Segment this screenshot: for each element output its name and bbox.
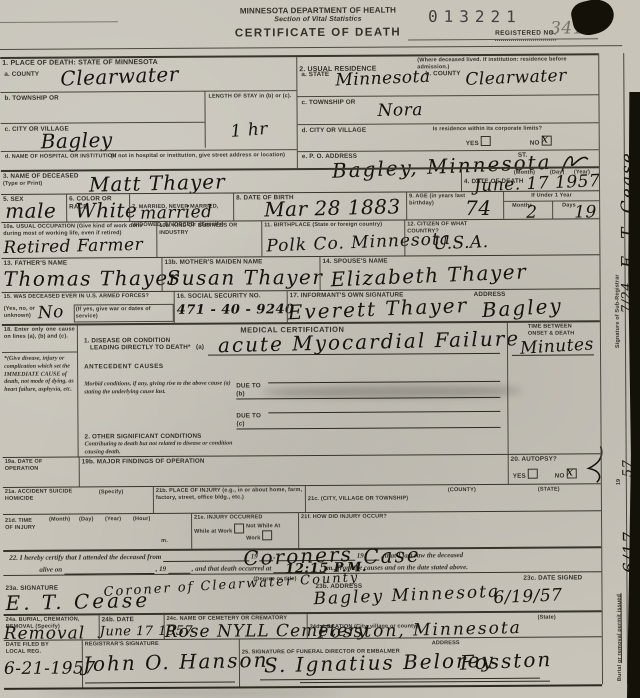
marital-cell: 7. MARRIED, NEVER MARRIED, WIDOWED, DIVO… (129, 194, 233, 222)
birthplace-label: 11. BIRTHPLACE (State or foreign country… (264, 221, 402, 229)
date-filed-cell: DATE FILED BY LOCAL REG. 6-21-1957 (4, 640, 82, 687)
injury-m-suffix: m. (161, 538, 168, 545)
file-number-stamp: 013221 (428, 7, 522, 26)
signature-value: E. T. Cease (5, 590, 150, 613)
limits-no-label: NO (530, 140, 540, 147)
section-title: Section of Vital Statistics (188, 15, 448, 25)
row-occupation: 10a. USUAL OCCUPATION (Give kind of work… (1, 218, 599, 258)
age-cell: 9. AGE (in years last birthday) 74 (406, 192, 503, 220)
time-between-cell: TIME BETWEEN ONSET & DEATH Minutes (507, 322, 601, 454)
operation-findings-cell: 19b. MAJOR FINDINGS OF OPERATION (79, 455, 508, 487)
row-certify-statement: 22. I hereby certify that I attended the… (3, 546, 601, 575)
limits-yes-checkbox (481, 136, 491, 146)
informant-cell: 17. INFORMANT'S OWN SIGNATURE Everett Th… (287, 290, 472, 322)
row-place-residence: 1. PLACE OF DEATH: STATE OF MINNESOTA a.… (0, 53, 599, 170)
spouse-cell: 14. SPOUSE'S NAME Elizabeth Thayer (319, 255, 599, 290)
certify-seg-1a: 22. I hereby certify that I attended the… (9, 553, 161, 562)
ssn-value: 471 - 40 - 9240 (177, 303, 295, 317)
informant-value: Everett Thayer (287, 295, 468, 322)
occupation-value: Retired Farmer (3, 237, 143, 257)
registrar-cell: REGISTRAR'S SIGNATURE John O. Hanson (82, 640, 239, 688)
accident-label: 21a. ACCIDENT SUICIDE HOMICIDE (5, 489, 75, 503)
cause-a-label: (a) (196, 344, 204, 352)
registrar-label: REGISTRAR'S SIGNATURE (85, 641, 237, 649)
residence-city-label: d. CITY OR VILLAGE (302, 127, 367, 135)
injury-state-label: (STATE) (538, 487, 560, 494)
scanned-death-certificate: MINNESOTA DEPARTMENT OF HEALTH Section o… (0, 0, 640, 698)
usual-residence-section: 2. USUAL RESIDENCE (Where deceased lived… (296, 55, 599, 168)
place-city-value: Bagley (40, 130, 112, 152)
informant-address-value: Bagley (481, 295, 563, 320)
row-signature-23: 23a. SIGNATURE (Degree or title) Coroner… (3, 571, 601, 614)
time-of-injury-cell: 21d. TIME OF INJURY (Month) (Day) (Year)… (3, 514, 191, 550)
date-signed-value: 6/19/57 (493, 587, 563, 607)
injury-hour-label: (Hour) (133, 516, 150, 523)
scan-line (0, 45, 622, 50)
certify-seg-2b: , 19 (156, 565, 167, 573)
limits-no-checkbox: x (541, 136, 551, 146)
scan-line (0, 21, 118, 23)
limits-yes: YES (466, 136, 491, 148)
while-at-work-label: While at Work (194, 529, 232, 535)
cemetery-cell: 24c. NAME OF CEMETERY OR CREMATORY Rose … (164, 614, 307, 639)
row-medical-certification: 18. Enter only one cause on lines (a), (… (2, 320, 601, 457)
citizen-cell: 12. CITIZEN OF WHAT COUNTRY? U.S.A. (404, 219, 599, 255)
autopsy-no-mark: x (566, 464, 573, 478)
injury-year-label: (Year) (105, 516, 121, 523)
injury-month-label: (Month) (49, 517, 70, 524)
race-cell: 6. COLOR OR RACE White (66, 194, 129, 221)
business-label: 10b. KIND OF BUSINESS OR INDUSTRY (159, 222, 239, 236)
not-while-at-work: Not While At Work (246, 523, 296, 542)
autopsy-cell: 20. AUTOPSY? YES NO x (508, 454, 601, 484)
forces-hint1: (Yes, no, or unknown) (4, 306, 38, 320)
limits-no: NO x (530, 136, 552, 148)
medical-margin-notes: 18. Enter only one cause on lines (a), (… (2, 325, 79, 456)
scan-smudge-bottom (40, 690, 340, 696)
cause-of-death-value: acute Myocardial Failure (218, 328, 521, 355)
funeral-director-cell: 25. SIGNATURE OF FUNERAL DIRECTOR OR EMB… (239, 637, 602, 686)
row-name-dod: 3. NAME OF DECEASED (Type or Print) Matt… (1, 166, 599, 194)
accident-specify-label: (Specify) (99, 489, 124, 496)
date-filed-label: DATE FILED BY LOCAL REG. (6, 642, 66, 656)
while-at-work: While at Work (194, 523, 244, 535)
residence-county-label: b. COUNTY (425, 70, 460, 78)
row-filing: DATE FILED BY LOCAL REG. 6-21-1957 REGIS… (4, 636, 602, 688)
limits-yes-label: YES (466, 140, 479, 147)
place-township-label: b. TOWNSHIP OR (4, 94, 94, 102)
row-family: 13. FATHER'S NAME Thomas Thayer 13b. MOT… (1, 254, 599, 292)
place-of-injury-cell: 21b. PLACE OF INJURY (e.g., in or about … (153, 486, 305, 513)
place-of-death-section: 1. PLACE OF DEATH: STATE OF MINNESOTA a.… (0, 57, 297, 170)
row-injury-top: 21a. ACCIDENT SUICIDE HOMICIDE (Specify)… (3, 483, 601, 514)
mother-value: Susan Thayer (167, 267, 324, 288)
sex-cell: 5. SEX male (1, 195, 66, 222)
autopsy-no-checkbox: x (566, 468, 576, 478)
signer-address-cell: 23b. ADDRESS Bagley Minnesota (313, 573, 433, 612)
operation-findings-label: 19b. MAJOR FINDINGS OF OPERATION (82, 456, 506, 466)
certify-seg-2c: , and that death occurred at (192, 564, 272, 572)
funeral-address-value: Fosston (460, 649, 553, 673)
injury-location-cell: 21c. (CITY, VILLAGE OR TOWNSHIP) (COUNTY… (305, 484, 601, 512)
note-18: 18. Enter only one cause on lines (a), (… (4, 326, 75, 340)
autopsy-no-label: NO (555, 473, 565, 480)
signature-cell: 23a. SIGNATURE (Degree or title) Coroner… (3, 574, 313, 614)
right-margin-column: Signature of Sub-Registrar E. T. Cease 7… (598, 53, 628, 684)
row-disposition: 24a. BURIAL, CREMATION, REMOVAL (Specify… (4, 610, 602, 640)
ssn-label: 16. SOCIAL SECURITY NO. (177, 292, 285, 301)
accident-suicide-cell: 21a. ACCIDENT SUICIDE HOMICIDE (Specify) (3, 487, 153, 514)
row-operation-autopsy: 19a. DATE OF OPERATION 19b. MAJOR FINDIN… (3, 453, 601, 487)
place-of-injury-label: 21b. PLACE OF INJURY (e.g., in or about … (156, 487, 303, 502)
burial-date-cell: 24b. DATE June 17 1957 (99, 615, 164, 639)
morbid-note: Morbid conditions, if any, giving rise t… (84, 381, 232, 397)
spouse-value: Elizabeth Thayer (330, 261, 527, 289)
ssn-cell: 16. SOCIAL SECURITY NO. 471 - 40 - 9240 (174, 291, 287, 323)
injury-occurred-label: 21e. INJURY OCCURRED (194, 514, 296, 521)
injury-day-label: (Day) (79, 516, 94, 523)
due-to-c-label: DUE TO (c) (236, 412, 266, 428)
autopsy-yes: YES (513, 469, 538, 481)
residence-state-label: a. STATE (301, 71, 329, 79)
corporate-limits-label: Is residence within its corporate limits… (433, 126, 543, 134)
hospital-hint: (If not in hospital or institution, give… (111, 152, 291, 160)
certify-seg-2a: alive on (39, 566, 62, 574)
dob-cell: 8. DATE OF BIRTH Mar 28 1883 (233, 192, 406, 220)
name-value: Matt Thayer (89, 171, 226, 194)
time-of-injury-label: 21d. TIME OF INJURY (5, 518, 39, 532)
injury-county-label: (COUNTY) (448, 487, 476, 494)
cause-label-line2: LEADING DIRECTLY TO DEATH* (90, 344, 191, 352)
autopsy-no: NO x (555, 468, 577, 480)
operation-date-label: 19a. DATE OF OPERATION (5, 459, 65, 473)
father-cell: 13. FATHER'S NAME Thomas Thayer (1, 258, 161, 292)
occupation-cell: 10a. USUAL OCCUPATION (Give kind of work… (1, 222, 156, 258)
age-value: 74 (465, 198, 492, 218)
row-service-informant: 15. WAS DECEASED EVER IN U.S. ARMED FORC… (2, 288, 600, 324)
other-conditions-note: Contributing to death but not related to… (85, 440, 245, 457)
limits-no-mark: x (541, 132, 548, 146)
burial-location-cell: 24d. LOCATION (City, village or county) … (307, 612, 602, 638)
injury-city-label: 21c. (CITY, VILLAGE OR TOWNSHIP) (308, 495, 408, 502)
note-immediate-cause: *(Give disease, injury or complication w… (4, 356, 74, 395)
forces-label: 15. WAS DECEASED EVER IN U.S. ARMED FORC… (4, 293, 172, 301)
length-of-stay-value: 1 hr (230, 121, 268, 141)
not-while-at-work-checkbox (262, 530, 272, 540)
header-block: MINNESOTA DEPARTMENT OF HEALTH Section o… (188, 5, 448, 41)
length-of-stay-label: LENGTH OF STAY in (b) or (c). (208, 93, 292, 100)
autopsy-yes-checkbox (528, 469, 538, 479)
date-signed-cell: 23c. DATE SIGNED 6/19/57 (433, 572, 601, 611)
under-one-year-cell: If Under 1 Year Months Days 2 19 (503, 191, 599, 219)
permit-year-printed: 19 (616, 479, 623, 485)
name-of-deceased-cell: 3. NAME OF DECEASED (Type or Print) Matt… (1, 169, 461, 194)
mother-cell: 13b. MOTHER'S MAIDEN NAME Susan Thayer (161, 257, 319, 291)
age-label: 9. AGE (in years last birthday) (409, 193, 469, 207)
business-cell: 10b. KIND OF BUSINESS OR INDUSTRY (156, 221, 261, 257)
funeral-address-label: ADDRESS (432, 640, 460, 647)
injury-occurred-cell: 21e. INJURY OCCURRED While at Work Not W… (191, 513, 298, 549)
residence-township-label: c. TOWNSHIP OR (301, 99, 361, 107)
place-county-value: Clearwater (60, 64, 179, 89)
race-value: White (75, 200, 137, 220)
citizen-value: U.S.A. (433, 234, 489, 253)
armed-forces-cell: 15. WAS DECEASED EVER IN U.S. ARMED FORC… (2, 292, 174, 324)
date-signed-label: 23c. DATE SIGNED (523, 574, 582, 582)
while-at-work-checkbox (234, 523, 244, 533)
sex-value: male (5, 201, 56, 221)
burial-type-cell: 24a. BURIAL, CREMATION, REMOVAL (Specify… (4, 615, 99, 640)
residence-township-value: Nora (377, 102, 423, 120)
row-statistics: 5. SEX male 6. COLOR OR RACE White 7. MA… (1, 190, 599, 222)
certificate-sheet: MINNESOTA DEPARTMENT OF HEALTH Section o… (0, 0, 640, 698)
how-injury-label: 21f. HOW DID INJURY OCCUR? (301, 512, 599, 521)
residence-county-value: Clearwater (465, 68, 567, 89)
burial-date-label: 24b. DATE (102, 616, 162, 624)
hospital-label: d. NAME OF HOSPITAL OR INSTITUTION (5, 153, 117, 161)
informant-address-cell: ADDRESS Bagley (472, 289, 600, 321)
operation-date-cell: 19a. DATE OF OPERATION (3, 457, 79, 486)
forces-hint2: (If yes, give war or dates of service) (74, 304, 174, 322)
antecedent-label: ANTECEDENT CAUSES (84, 363, 164, 371)
father-value: Thomas Thayer (4, 268, 180, 289)
dob-value: Mar 28 1883 (264, 196, 401, 219)
place-county-label: a. COUNTY (4, 71, 39, 79)
burial-location-state-label: (State) (538, 615, 556, 622)
forces-value: No (37, 304, 64, 322)
residence-state-value: Minnesota (335, 69, 431, 90)
due-to-b-label: DUE TO (b) (236, 382, 266, 398)
autopsy-yes-label: YES (513, 473, 526, 480)
birthplace-cell: 11. BIRTHPLACE (State or foreign country… (261, 220, 404, 256)
date-of-death-cell: 4. DATE OF DEATH (Month) (Day) (Year) Ju… (461, 168, 599, 191)
